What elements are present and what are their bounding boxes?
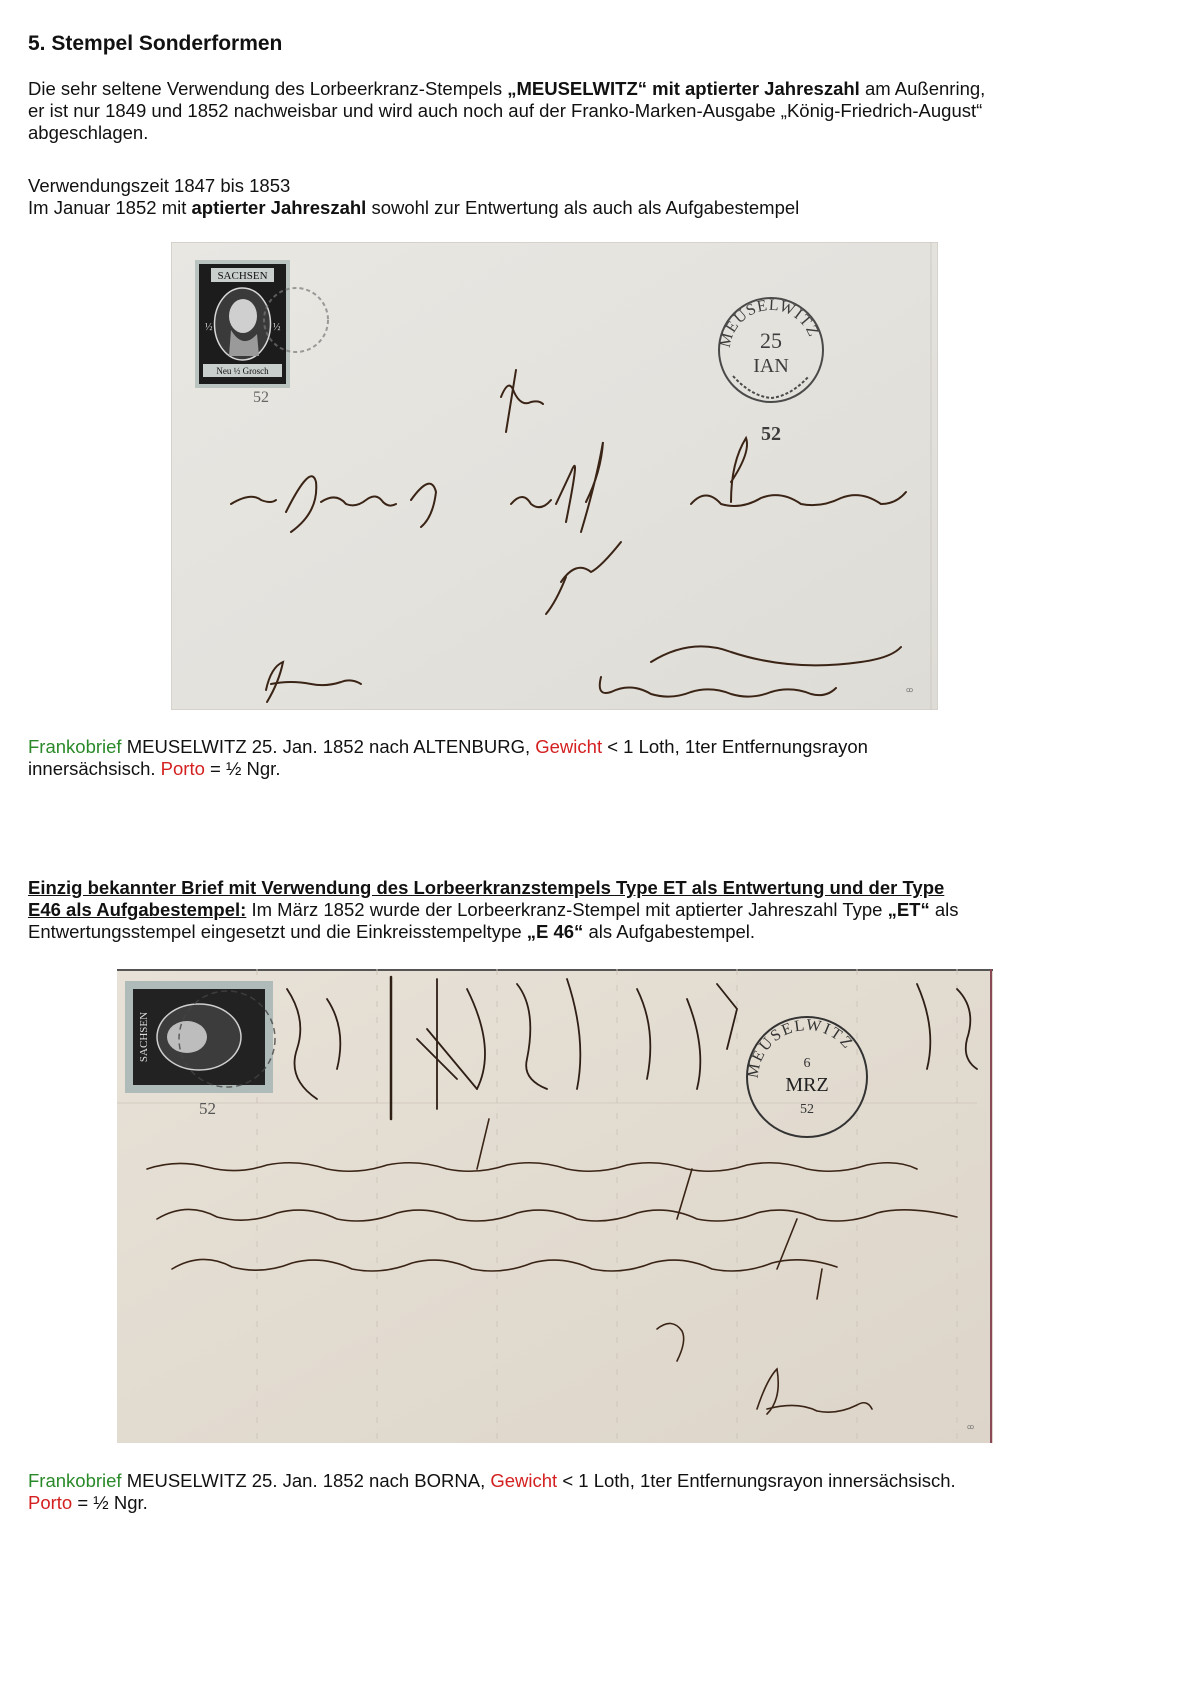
svg-text:52: 52 <box>199 1099 216 1118</box>
label-porto: Porto <box>28 1492 72 1513</box>
svg-text:SACHSEN: SACHSEN <box>138 1012 150 1062</box>
label-gewicht: Gewicht <box>535 736 602 757</box>
svg-text:6: 6 <box>804 1056 811 1071</box>
usage-detail: Im Januar 1852 mit aptierter Jahreszahl … <box>28 197 799 219</box>
letter-2-image: SACHSEN 52 MEUSELWITZ 6 MRZ 52 <box>117 969 993 1443</box>
svg-text:½: ½ <box>205 322 213 333</box>
svg-text:ꝏ: ꝏ <box>906 686 913 694</box>
stamp-sachsen-half-groschen: SACHSEN ½ ½ Neu ½ Grosch <box>195 260 290 388</box>
caption-2-line-1: Frankobrief MEUSELWITZ 25. Jan. 1852 nac… <box>28 1470 956 1492</box>
intro-line-2: er ist nur 1849 und 1852 nachweisbar und… <box>28 100 982 122</box>
svg-text:MRZ: MRZ <box>785 1074 828 1096</box>
caption-1-line-1: Frankobrief MEUSELWITZ 25. Jan. 1852 nac… <box>28 736 868 758</box>
letter-1-image: SACHSEN ½ ½ Neu ½ Grosch 52 MEUSELWITZ 2… <box>171 242 938 710</box>
intro-line-1: Die sehr seltene Verwendung des Lorbeerk… <box>28 78 985 100</box>
caption-2-line-2: Porto = ½ Ngr. <box>28 1492 148 1514</box>
svg-text:52: 52 <box>253 389 269 406</box>
svg-text:IAN: IAN <box>753 355 789 377</box>
svg-text:25: 25 <box>760 328 782 353</box>
svg-text:½: ½ <box>273 322 281 333</box>
section2-heading-line-2: E46 als Aufgabestempel: Im März 1852 wur… <box>28 899 959 921</box>
svg-text:Neu ½ Grosch: Neu ½ Grosch <box>216 366 269 376</box>
letter-2-scan: SACHSEN 52 MEUSELWITZ 6 MRZ 52 <box>117 969 993 1443</box>
svg-text:SACHSEN: SACHSEN <box>217 270 267 282</box>
label-gewicht: Gewicht <box>490 1470 557 1491</box>
section2-heading-line-1: Einzig bekannter Brief mit Verwendung de… <box>28 877 944 899</box>
svg-text:52: 52 <box>800 1102 814 1117</box>
section2-line-3: Entwertungsstempel eingesetzt und die Ei… <box>28 921 755 943</box>
usage-period: Verwendungszeit 1847 bis 1853 <box>28 175 290 197</box>
section-title: 5. Stempel Sonderformen <box>28 32 282 56</box>
label-frankobrief: Frankobrief <box>28 736 122 757</box>
label-frankobrief: Frankobrief <box>28 1470 122 1491</box>
svg-text:ꝏ: ꝏ <box>967 1423 974 1431</box>
svg-text:52: 52 <box>761 423 781 445</box>
caption-1-line-2: innersächsisch. Porto = ½ Ngr. <box>28 758 280 780</box>
label-porto: Porto <box>161 758 205 779</box>
intro-line-3: abgeschlagen. <box>28 122 148 144</box>
letter-1-scan: SACHSEN ½ ½ Neu ½ Grosch 52 MEUSELWITZ 2… <box>171 242 938 710</box>
